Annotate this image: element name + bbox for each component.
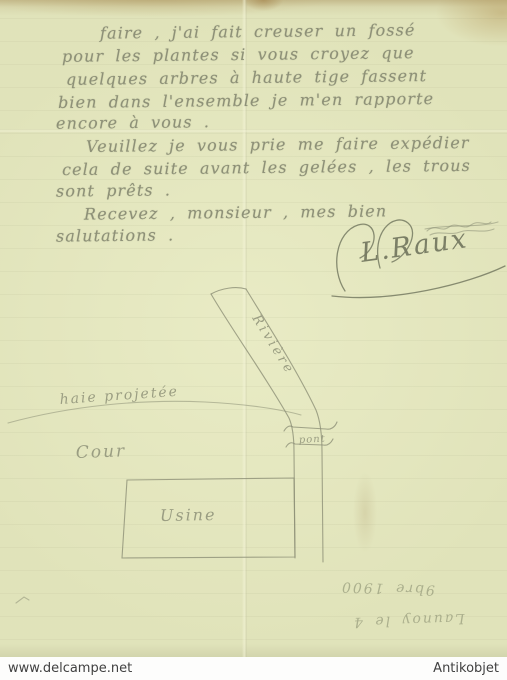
watermark-strip: www.delcampe.net Antikobjet [0, 657, 507, 680]
scanned-letter: faire , j'ai fait creuser un fossé pour … [0, 0, 507, 680]
bridge-label: pont [299, 434, 326, 446]
river-label: Rivière [248, 311, 297, 378]
watermark-left: www.delcampe.net [8, 661, 132, 676]
watermark-right: Antikobjet [433, 661, 499, 676]
factory-label: Usine [160, 505, 217, 525]
site-plan-sketch: L.Raux Rivière pont haie projetée Cour U… [0, 0, 507, 680]
yard-label: Cour [75, 441, 126, 463]
hedge-curve [8, 401, 301, 423]
signature: L.Raux [358, 223, 470, 269]
pencil-tick [16, 597, 29, 603]
hedge-label: haie projetée [59, 384, 179, 408]
